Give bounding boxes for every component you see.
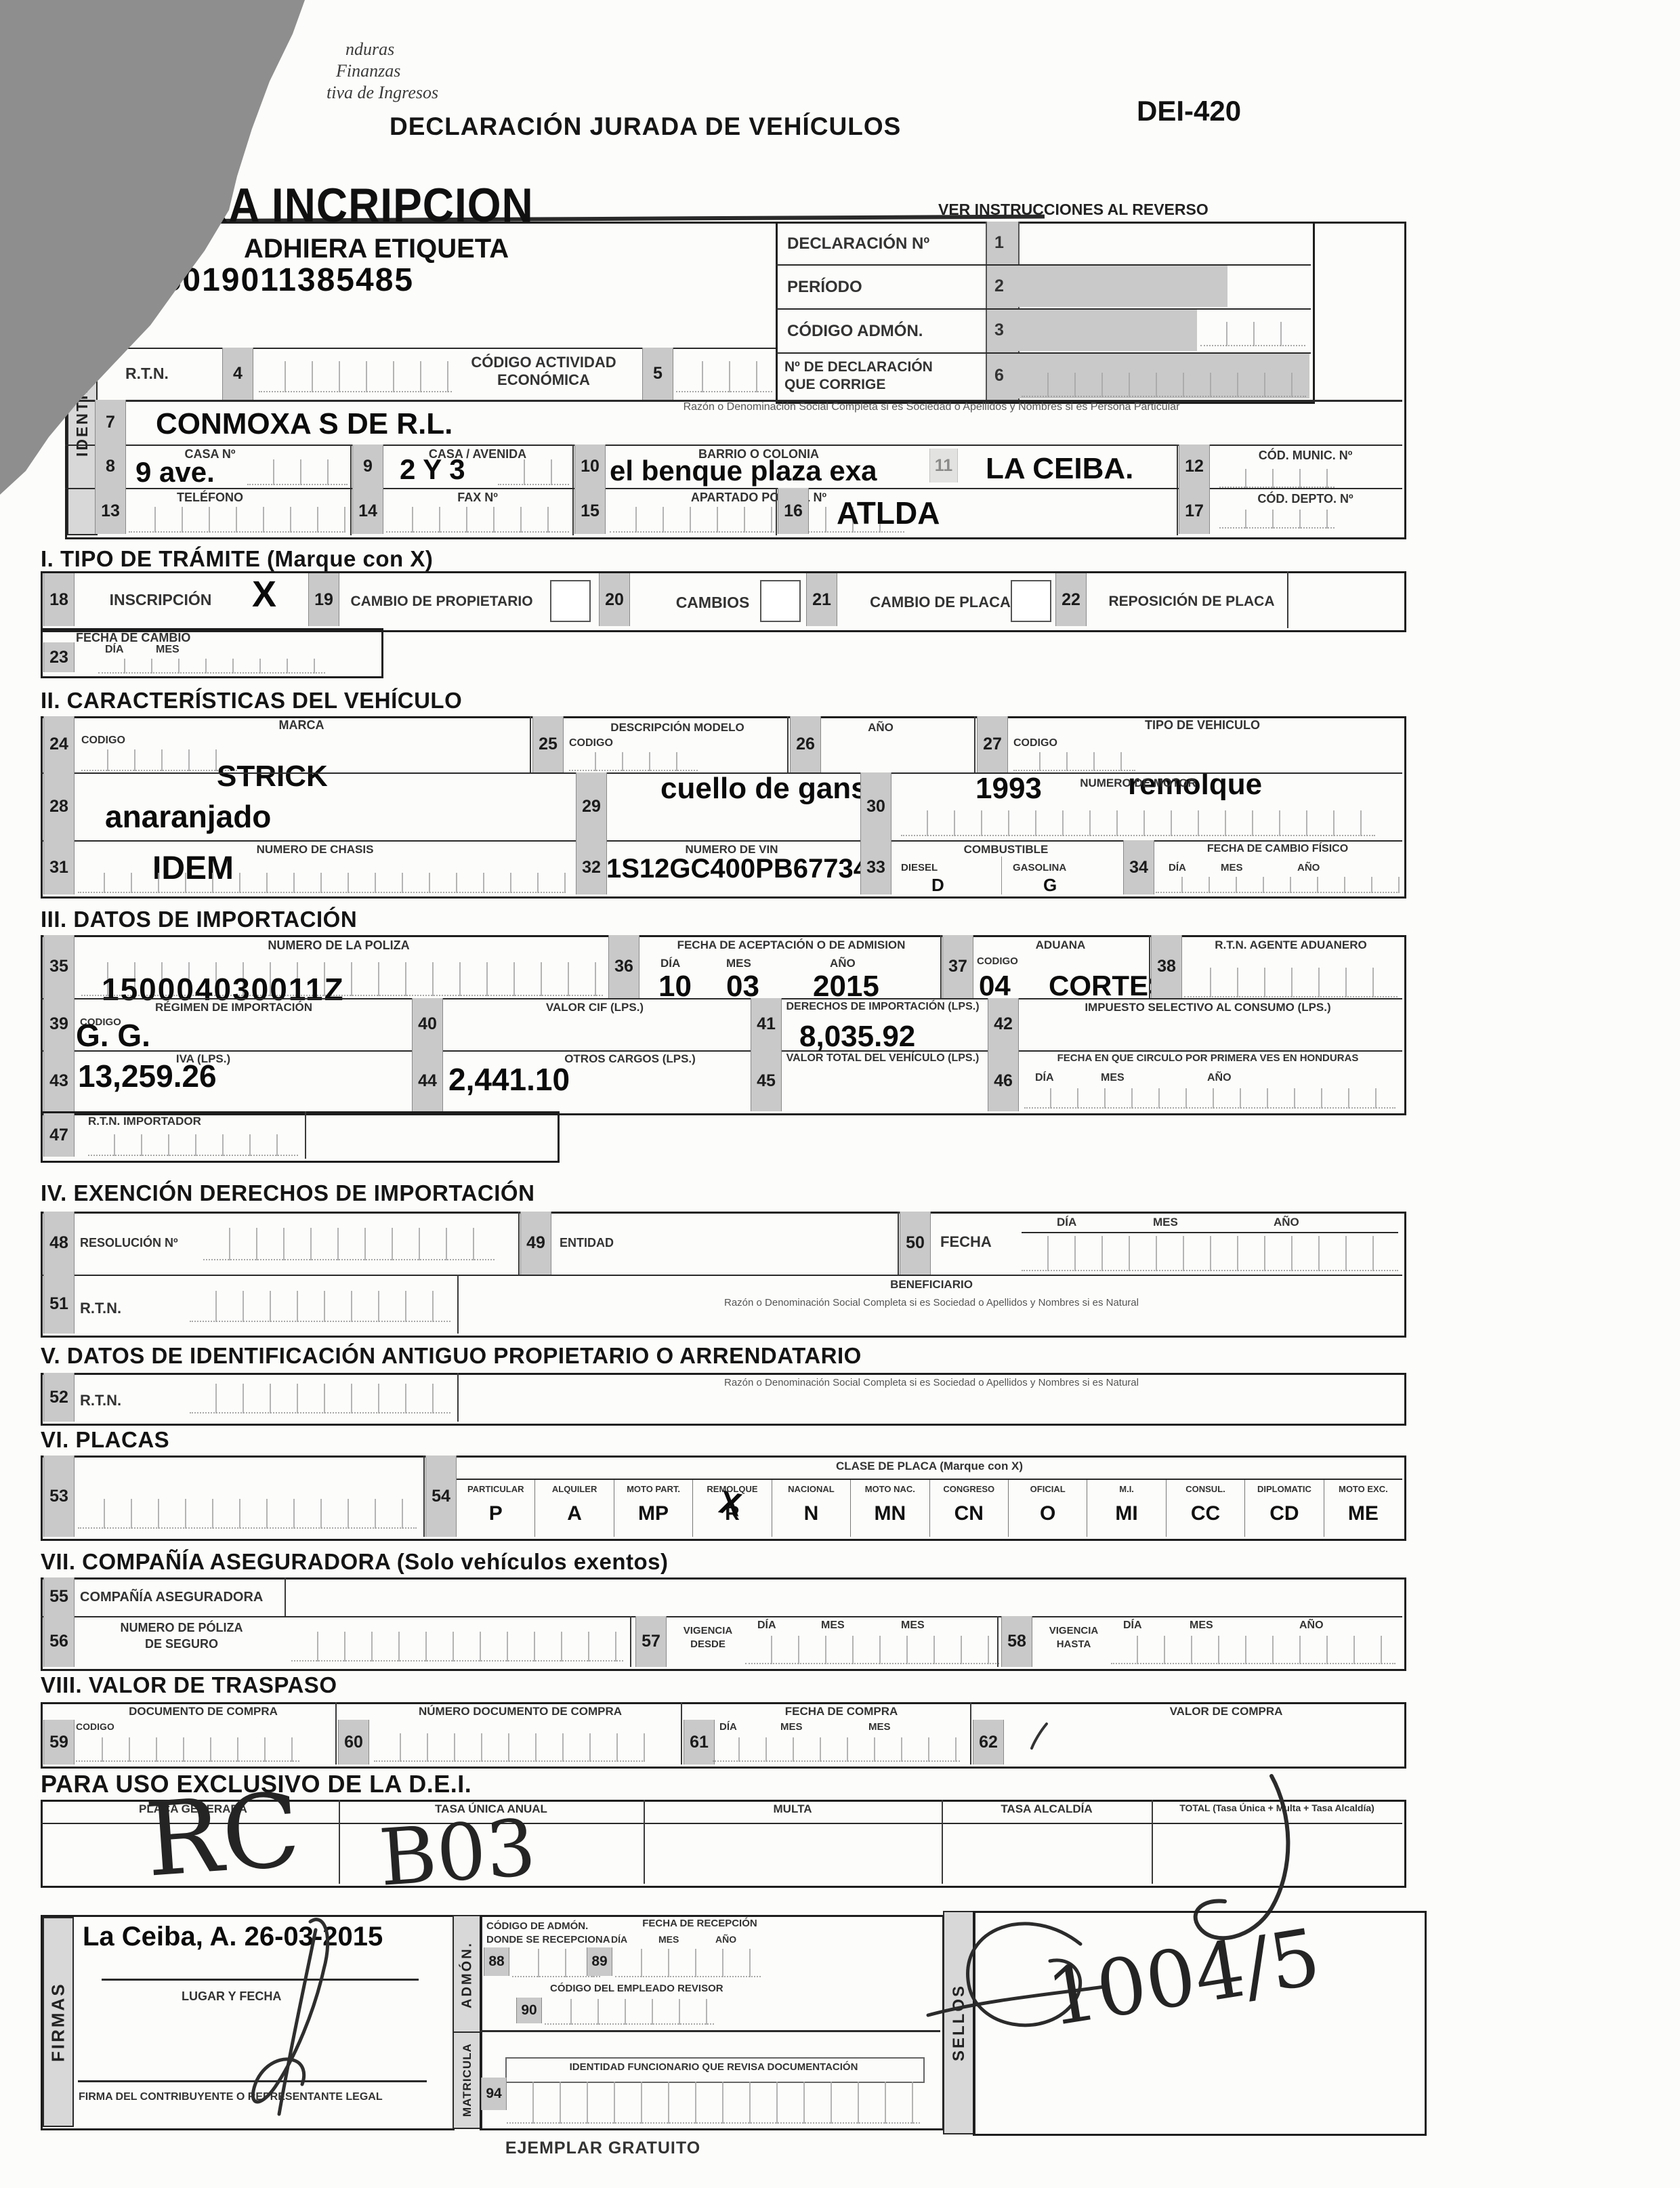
clase-label: DIPLOMATIC: [1257, 1484, 1311, 1494]
cambio-fisico-cells[interactable]: [1156, 877, 1400, 893]
divider: [681, 1702, 682, 1764]
field-10-number: 10: [574, 445, 606, 488]
actividad-input-cells[interactable]: [676, 361, 772, 392]
compania-label: COMPAÑÍA ASEGURADORA: [80, 1590, 263, 1605]
cod-munic-cells[interactable]: [1219, 469, 1335, 488]
modelo-header: DESCRIPCIÓN MODELO: [566, 721, 789, 735]
field-19-number: 19: [308, 573, 339, 626]
tipo-header: TIPO DE VEHICULO: [1009, 718, 1395, 732]
resolucion-cells[interactable]: [203, 1228, 495, 1260]
diesel-label: DIESEL: [901, 862, 938, 873]
cambio-propietario-label: CAMBIO DE PROPIETARIO: [340, 594, 543, 610]
marca-codigo-label: CODIGO: [81, 735, 125, 747]
instructions-note: VER INSTRUCCIONES AL REVERSO: [938, 201, 1209, 219]
otros-cargos-value: 2,441.10: [448, 1064, 570, 1095]
field-54-number: 54: [425, 1456, 457, 1537]
aceptacion-ano-value: 2015: [813, 972, 879, 1002]
empleado-revisor-label: CÓDIGO DEL EMPLEADO REVISOR: [550, 1983, 723, 1994]
fecha-cambio-cells[interactable]: [98, 659, 325, 674]
clase-label: NACIONAL: [788, 1484, 835, 1494]
vigencia-hasta-label-2: HASTA: [1036, 1638, 1111, 1650]
field-26-number: 26: [790, 716, 821, 772]
hasta-ano: AÑO: [1299, 1619, 1324, 1632]
field-35-number: 35: [43, 935, 75, 998]
signature: [203, 1916, 413, 2123]
resolucion-label: RESOLUCIÓN Nº: [80, 1236, 178, 1250]
aduana-codigo-value: 04: [979, 972, 1011, 1000]
barrio-value: el benque plaza exa: [610, 457, 877, 485]
field-44-number: 44: [412, 1050, 443, 1111]
codigo-admon-cells[interactable]: [1200, 322, 1305, 346]
clase-code: A: [567, 1502, 582, 1525]
poliza-header: NUMERO DE LA POLIZA: [81, 938, 596, 953]
divider: [942, 1800, 943, 1884]
field-60-number: 60: [338, 1720, 369, 1764]
fecha-cambio-dia: DÍA: [105, 644, 124, 656]
desde-mes-2: MES: [901, 1619, 925, 1632]
recepcion-ano: AÑO: [715, 1934, 736, 1945]
clase-consul[interactable]: CONSUL.CC: [1166, 1480, 1244, 1537]
field-57-number: 57: [635, 1616, 667, 1667]
numero-documento-cells[interactable]: [374, 1733, 645, 1762]
clase-code: N: [804, 1502, 819, 1525]
placas-title: VI. PLACAS: [41, 1427, 169, 1453]
inscripcion-label: INSCRIPCIÓN: [76, 591, 245, 608]
field-25-number: 25: [532, 716, 564, 772]
vehiculo-title: II. CARACTERÍSTICAS DEL VEHÍCULO: [41, 688, 462, 714]
poliza-seguro-label-1: NUMERO DE PÓLIZA: [80, 1621, 283, 1635]
field-41-number: 41: [751, 998, 782, 1050]
clase-code: CC: [1191, 1502, 1220, 1525]
divider: [41, 772, 1402, 774]
beneficiario-rtn-label: R.T.N.: [80, 1300, 121, 1317]
iva-value: 13,259.26: [78, 1060, 217, 1092]
field-32-number: 32: [576, 840, 607, 894]
divider: [285, 1577, 286, 1616]
field-22-number: 22: [1055, 573, 1087, 626]
clase-oficial[interactable]: OFICIALO: [1008, 1480, 1087, 1537]
documento-compra-cells[interactable]: [76, 1737, 299, 1762]
cod-depto-label: CÓD. DEPTO. Nº: [1214, 492, 1397, 506]
clase-particular[interactable]: PARTICULARP: [457, 1480, 534, 1537]
periodo-field[interactable]: [1017, 266, 1227, 307]
identidad-funcionario-cells[interactable]: [507, 2082, 920, 2124]
primera-vez-mes: MES: [1101, 1072, 1125, 1084]
casa-value: 9 ave.: [135, 458, 215, 487]
field-18-number: 18: [43, 573, 75, 626]
divider: [776, 488, 777, 535]
fax-cells[interactable]: [386, 507, 569, 533]
avenida-value: 2 Y 3: [400, 455, 465, 484]
divider: [480, 2030, 940, 2032]
codigo-admon-field[interactable]: [1017, 310, 1197, 351]
field-2-number: 2: [994, 276, 1004, 296]
antiguo-rtn-label: R.T.N.: [80, 1392, 121, 1409]
clase-label: ALQUILER: [552, 1484, 597, 1494]
clase-label: CONGRESO: [943, 1484, 994, 1494]
field-46-number: 46: [988, 1050, 1019, 1111]
cod-munic-label: CÓD. MUNIC. Nº: [1214, 449, 1397, 463]
divider: [41, 1275, 1402, 1276]
clase-code: ME: [1348, 1502, 1379, 1525]
rtn-importador-cells[interactable]: [88, 1134, 298, 1156]
desde-dia: DÍA: [757, 1619, 776, 1632]
divider: [787, 716, 789, 772]
field-47-number: 47: [43, 1113, 75, 1157]
clase-diplomatic[interactable]: DIPLOMATICCD: [1244, 1480, 1323, 1537]
field-17-number: 17: [1179, 488, 1210, 534]
gasolina-label: GASOLINA: [1013, 862, 1066, 873]
gasolina-code[interactable]: G: [1043, 875, 1057, 896]
telefono-label: TELÉFONO: [132, 491, 288, 505]
footer-text: EJEMPLAR GRATUITO: [474, 2139, 732, 2158]
regimen-value: G. G.: [76, 1020, 150, 1051]
divider: [423, 1456, 425, 1537]
field-29-number: 29: [576, 772, 607, 840]
fecha-recepcion-label: FECHA DE RECEPCIÓN: [615, 1918, 784, 1929]
cambio-fisico-mes: MES: [1221, 862, 1243, 873]
field-90-number: 90: [516, 1998, 542, 2023]
form-title: DECLARACIÓN JURADA DE VEHÍCULOS: [390, 112, 901, 141]
marca-codigo-cells[interactable]: [81, 749, 237, 771]
field-33-number: 33: [860, 840, 891, 894]
field-56-number: 56: [43, 1616, 75, 1667]
scanned-form-page: nduras Finanzas tiva de Ingresos DECLARA…: [0, 0, 1680, 2188]
field-31-number: 31: [43, 840, 75, 894]
field-58-number: 58: [1001, 1616, 1032, 1667]
selectivo-header: IMPUESTO SELECTIVO AL CONSUMO (LPS.): [1022, 1001, 1394, 1014]
cambio-fisico-ano: AÑO: [1297, 862, 1320, 873]
derechos-header: DERECHOS DE IMPORTACIÓN (LPS.): [784, 1001, 981, 1013]
field-37-number: 37: [942, 935, 973, 998]
modelo-value: cuello de ganso: [660, 774, 886, 804]
field-62-number: 62: [973, 1720, 1004, 1764]
tasa-alcaldia-header: TASA ALCALDÍA: [945, 1802, 1148, 1816]
fecha-aceptacion-header: FECHA DE ACEPTACIÓN O DE ADMISION: [642, 938, 940, 952]
aceptacion-mes-value: 03: [726, 972, 759, 1002]
exencion-dia: DÍA: [1057, 1216, 1076, 1229]
divider: [997, 1616, 999, 1667]
divider: [1022, 1232, 1398, 1233]
primera-vez-cells[interactable]: [1024, 1088, 1395, 1109]
traspaso-title: VIII. VALOR DE TRASPASO: [41, 1672, 337, 1698]
cambio-placa-checkbox[interactable]: [1011, 580, 1051, 622]
clase-placa-columns: PARTICULARP ALQUILERA MOTO PART.MP REMOL…: [457, 1480, 1402, 1537]
cod-depto-cells[interactable]: [1219, 510, 1335, 529]
identidad-funcionario-label: IDENTIDAD FUNCIONARIO QUE REVISA DOCUMEN…: [505, 2061, 922, 2073]
field-42-number: 42: [988, 998, 1019, 1050]
fecha-compra-header: FECHA DE COMPRA: [706, 1705, 977, 1718]
marca-value: STRICK: [217, 762, 328, 791]
clase-code: P: [489, 1502, 503, 1525]
divider: [457, 1275, 459, 1334]
divider: [1149, 935, 1150, 998]
razon-social-value: CONMOXA S DE R.L.: [156, 409, 453, 439]
field-11-number: 11: [929, 449, 958, 482]
declaracion-no-label: DECLARACIÓN Nº: [787, 234, 929, 253]
hasta-mes: MES: [1190, 1619, 1213, 1632]
primera-vez-header: FECHA EN QUE CIRCULO POR PRIMERA VES EN …: [1022, 1052, 1394, 1064]
clase-congreso[interactable]: CONGRESOCN: [929, 1480, 1008, 1537]
beneficiario-rtn-cells[interactable]: [190, 1291, 450, 1322]
placa-numero-cells[interactable]: [78, 1499, 417, 1529]
vigencia-desde-cells[interactable]: [745, 1636, 999, 1664]
field-12-number: 12: [1179, 445, 1210, 488]
hasta-dia: DÍA: [1123, 1619, 1142, 1632]
motor-header: NUMERO DE MOTOR: [901, 777, 1375, 790]
field-55-number: 55: [43, 1577, 75, 1616]
numero-documento-header: NÚMERO DOCUMENTO DE COMPRA: [371, 1705, 669, 1718]
tasa-handwriting: B03: [377, 1802, 539, 1904]
divider: [970, 1702, 971, 1764]
diesel-code[interactable]: D: [931, 875, 944, 896]
firmas-side-label: FIRMAS: [43, 1917, 74, 2127]
field-15-number: 15: [574, 488, 606, 534]
field-34-number: 34: [1123, 840, 1154, 894]
modelo-codigo-cells[interactable]: [569, 752, 698, 771]
field-61-number: 61: [684, 1720, 715, 1764]
rtn-importador-header: R.T.N. IMPORTADOR: [88, 1115, 201, 1128]
exencion-ano: AÑO: [1274, 1216, 1299, 1229]
aceptacion-ano-label: AÑO: [830, 957, 856, 970]
field-50-number: 50: [900, 1212, 931, 1275]
clase-code: CD: [1269, 1502, 1299, 1525]
divider: [940, 935, 942, 998]
depto-value: ATLDA: [837, 497, 940, 529]
color-value: anaranjado: [105, 801, 271, 832]
divider: [974, 716, 975, 772]
field-38-number: 38: [1151, 935, 1182, 998]
aceptacion-dia-value: 10: [658, 972, 692, 1002]
clase-code: O: [1040, 1502, 1055, 1525]
antiguo-title: V. DATOS DE IDENTIFICACIÓN ANTIGUO PROPI…: [41, 1343, 862, 1369]
modelo-codigo-label: CODIGO: [569, 737, 613, 749]
letterhead-line-1: nduras: [345, 39, 394, 60]
compra-mes: MES: [780, 1721, 803, 1733]
entidad-label: ENTIDAD: [560, 1236, 614, 1250]
clase-label: MOTO PART.: [627, 1484, 680, 1494]
vigencia-desde-label-2: DESDE: [671, 1638, 745, 1650]
corrige-cells[interactable]: [1022, 373, 1306, 397]
vigencia-desde-label-1: VIGENCIA: [671, 1625, 745, 1636]
divider: [1177, 445, 1178, 535]
clase-moto-exc[interactable]: MOTO EXC.ME: [1324, 1480, 1402, 1537]
field-3-number: 3: [994, 321, 1004, 340]
clase-code: CN: [954, 1502, 984, 1525]
field-39-number: 39: [43, 998, 75, 1050]
fecha-cambio-mes: MES: [156, 644, 180, 656]
valor-cif-header: VALOR CIF (LPS.): [446, 1001, 744, 1014]
valor-total-header: VALOR TOTAL DEL VEHÍCULO (LPS.): [784, 1052, 981, 1065]
clase-code: MI: [1115, 1502, 1137, 1525]
beneficiario-header: BENEFICIARIO: [467, 1278, 1395, 1292]
field-30-number: 30: [860, 772, 891, 840]
multa-header: MULTA: [647, 1802, 938, 1816]
field-43-number: 43: [43, 1050, 75, 1111]
divider: [457, 1373, 459, 1422]
recepcion-mes: MES: [658, 1934, 679, 1945]
casa-cells[interactable]: [247, 459, 348, 485]
exencion-fecha-cells[interactable]: [1022, 1236, 1398, 1271]
exencion-title: IV. EXENCIÓN DERECHOS DE IMPORTACIÓN: [41, 1180, 534, 1206]
divider: [305, 1111, 306, 1159]
compra-dia: DÍA: [719, 1721, 737, 1733]
razon-social-hint: Razón o Denominación Social Completa si …: [467, 401, 1395, 413]
clase-label: MOTO NAC.: [865, 1484, 915, 1494]
field-13-number: 13: [95, 488, 126, 534]
divider: [335, 1702, 337, 1764]
motor-cells[interactable]: [901, 810, 1375, 836]
antiguo-razon-hint: Razón o Denominación Social Completa si …: [467, 1377, 1395, 1388]
divider: [572, 445, 574, 535]
antiguo-rtn-cells[interactable]: [190, 1384, 450, 1413]
telefono-cells[interactable]: [129, 507, 345, 533]
derechos-value: 8,035.92: [799, 1022, 915, 1052]
field-27-number: 27: [977, 716, 1008, 772]
matricula-side-label: MATRICULA: [453, 2031, 482, 2129]
beneficiario-razon-hint: Razón o Denominación Social Completa si …: [467, 1297, 1395, 1308]
cambio-fisico-dia: DÍA: [1169, 862, 1186, 873]
tipo-codigo-cells[interactable]: [1013, 752, 1135, 771]
field-16-number: 16: [778, 488, 809, 534]
actividad-label-2: ECONÓMICA: [450, 371, 637, 388]
field-4-number: 4: [222, 348, 253, 400]
agente-header: R.T.N. AGENTE ADUANERO: [1184, 938, 1398, 952]
valor-compra-header: VALOR DE COMPRA: [1053, 1705, 1399, 1718]
recepciona-label-2: DONDE SE RECEPCIONA: [486, 1934, 610, 1945]
field-6-number: 6: [994, 366, 1004, 386]
letterhead-line-2: Finanzas: [336, 61, 400, 81]
form-code: DEI-420: [1137, 95, 1241, 127]
divider: [41, 998, 1402, 999]
agente-cells[interactable]: [1184, 968, 1398, 997]
clase-label: OFICIAL: [1030, 1484, 1066, 1494]
placa-generada-handwriting: RC: [142, 1771, 303, 1899]
poliza-seguro-label-2: DE SEGURO: [80, 1637, 283, 1651]
divider: [350, 445, 352, 535]
cambio-fisico-header: FECHA DE CAMBIO FÍSICO: [1156, 843, 1400, 855]
primera-vez-ano: AÑO: [1207, 1072, 1232, 1084]
field-49-number: 49: [520, 1212, 551, 1275]
field-48-number: 48: [43, 1212, 75, 1275]
fax-label: FAX Nº: [386, 491, 569, 505]
desde-mes: MES: [821, 1619, 845, 1632]
clase-moto-part[interactable]: MOTO PART.MP: [614, 1480, 692, 1537]
divider: [898, 1212, 899, 1275]
cambio-propietario-checkbox[interactable]: [550, 580, 591, 622]
field-51-number: 51: [43, 1275, 75, 1334]
cambios-checkbox[interactable]: [760, 580, 801, 622]
clase-mi[interactable]: M.I.MI: [1087, 1480, 1165, 1537]
field-40-number: 40: [412, 998, 443, 1050]
clase-label: PARTICULAR: [467, 1484, 524, 1494]
field-88-number: 88: [484, 1947, 509, 1976]
field-94-number: 94: [481, 2078, 507, 2110]
field-21-number: 21: [806, 573, 837, 626]
divider: [518, 1212, 520, 1275]
field-36-number: 36: [608, 935, 639, 998]
vigencia-hasta-cells[interactable]: [1111, 1636, 1395, 1664]
rtn-label: R.T.N.: [125, 365, 169, 382]
admon-side-label: ADMÓN.: [453, 1915, 482, 2034]
fecha-recepcion-cells[interactable]: [615, 1949, 761, 1977]
empleado-revisor-cells[interactable]: [545, 1999, 714, 2025]
vin-value: 1S12GC400PB677347: [606, 855, 883, 882]
field-14-number: 14: [352, 488, 383, 534]
clase-moto-nac[interactable]: MOTO NAC.MN: [850, 1480, 929, 1537]
fecha-label: FECHA: [940, 1233, 992, 1250]
tipo-codigo-label: CODIGO: [1013, 737, 1057, 749]
divider: [530, 716, 531, 772]
recepcion-dia: DÍA: [611, 1934, 627, 1945]
field-52-number: 52: [43, 1373, 75, 1422]
tramite-title: I. TIPO DE TRÁMITE (Marque con X): [41, 546, 433, 572]
field-23-number: 23: [43, 642, 75, 672]
divider: [1001, 856, 1002, 894]
aduana-codigo-label: CODIGO: [977, 955, 1018, 967]
primera-vez-dia: DÍA: [1035, 1072, 1054, 1084]
field-45-number: 45: [751, 1050, 782, 1111]
regimen-header: RÉGIMEN DE IMPORTACIÓN: [98, 1001, 369, 1014]
aceptacion-dia-label: DÍA: [660, 957, 680, 970]
letterhead-line-3: tiva de Ingresos: [327, 83, 438, 103]
compra-mes-2: MES: [868, 1721, 891, 1733]
documento-codigo-label: CODIGO: [76, 1721, 114, 1732]
divider: [630, 1616, 631, 1667]
fecha-compra-cells[interactable]: [713, 1737, 960, 1762]
field-7-number: 7: [95, 400, 126, 445]
aseguradora-title: VII. COMPAÑÍA ASEGURADORA (Solo vehículo…: [41, 1549, 669, 1575]
clase-label: CONSUL.: [1185, 1484, 1225, 1494]
divider: [339, 1800, 340, 1884]
clase-code: MN: [874, 1502, 906, 1525]
exencion-mes: MES: [1153, 1216, 1178, 1229]
field-9-number: 9: [352, 445, 383, 488]
recepciona-label-1: CÓDIGO DE ADMÓN.: [486, 1920, 588, 1932]
actividad-label-1: CÓDIGO ACTIVIDAD: [450, 354, 637, 371]
clase-nacional[interactable]: NACIONALN: [772, 1480, 850, 1537]
clase-label: MOTO EXC.: [1339, 1484, 1388, 1494]
field-5-number: 5: [642, 348, 673, 400]
chasis-header: NUMERO DE CHASIS: [78, 843, 552, 856]
fecha-cambio-label: FECHA DE CAMBIO: [76, 631, 190, 645]
clase-alquiler[interactable]: ALQUILERA: [534, 1480, 613, 1537]
field-8-number: 8: [95, 445, 126, 488]
ano-header: AÑO: [820, 721, 942, 735]
corrige-label-2: QUE CORRIGE: [784, 377, 885, 393]
marca-header: MARCA: [78, 718, 525, 732]
corrige-label-1: Nº DE DECLARACIÓN: [784, 359, 933, 375]
chasis-cells[interactable]: [78, 873, 566, 893]
field-53-number: 53: [43, 1456, 75, 1537]
clase-label: M.I.: [1119, 1484, 1134, 1494]
pen-tick: [1026, 1721, 1051, 1751]
codigo-admon-label: CÓDIGO ADMÓN.: [787, 322, 923, 341]
ciudad-value: LA CEIBA.: [986, 454, 1133, 484]
avenida-cells[interactable]: [498, 459, 569, 485]
aceptacion-mes-label: MES: [726, 957, 751, 970]
rtn-input-cells[interactable]: [259, 361, 452, 392]
divider: [1287, 571, 1288, 628]
inscripcion-x-mark[interactable]: X: [252, 576, 276, 613]
field-28-number: 28: [43, 772, 75, 840]
reposicion-placa-label: REPOSICIÓN DE PLACA: [1087, 594, 1297, 610]
divider: [41, 1050, 1402, 1052]
poliza-seguro-cells[interactable]: [291, 1632, 623, 1661]
documento-compra-header: DOCUMENTO DE COMPRA: [71, 1705, 335, 1718]
combustible-header: COMBUSTIBLE: [894, 843, 1118, 856]
field-20-number: 20: [599, 573, 630, 626]
